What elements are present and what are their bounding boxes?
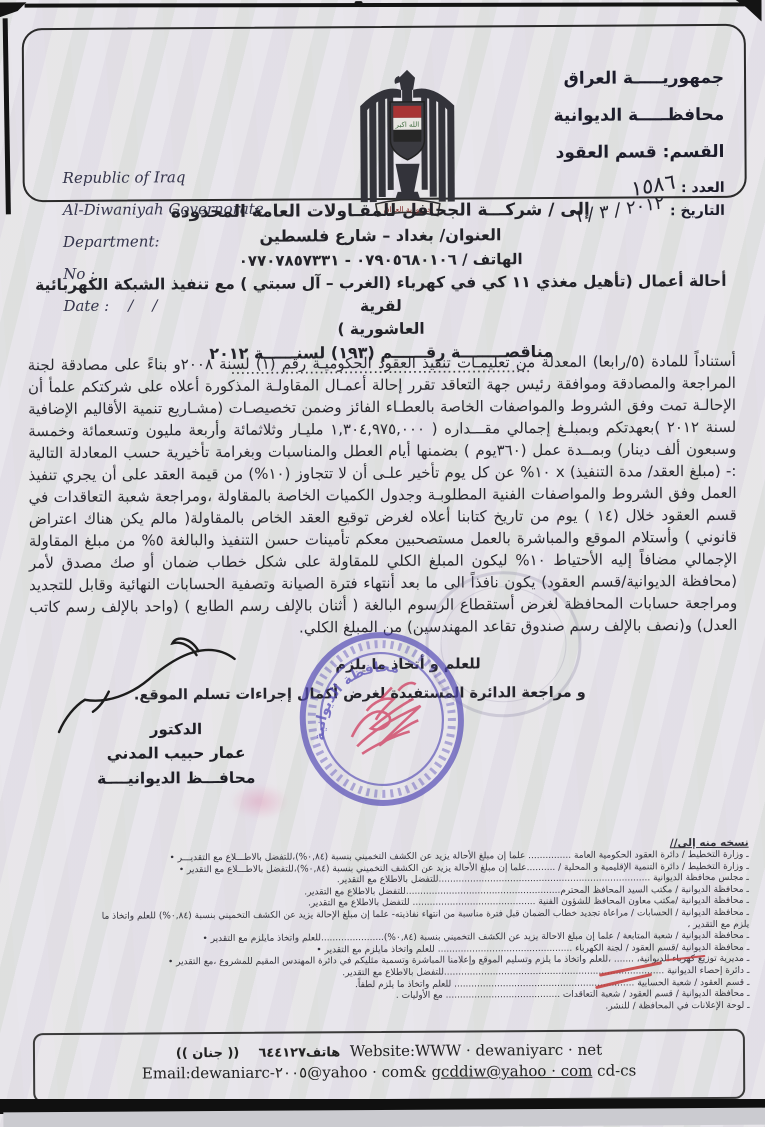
footer-name-note: (( جنان )): [176, 1046, 240, 1061]
scan-speck: [355, 1, 363, 5]
footer-email-suffix: cd-cs: [597, 1061, 636, 1079]
letter-number-label: العدد :: [681, 180, 725, 196]
footer-line-2: Email:dewaniarc-٢٠٠٥@yahoo · com& gcddiw…: [35, 1061, 743, 1083]
svg-text:الله اكبر: الله اكبر: [394, 121, 419, 129]
cc-items: ـ وزارة التخطيط / دائرة العقود الحكومية …: [87, 850, 750, 1016]
scan-edge-top: [25, 2, 745, 7]
scan-edge-left: [3, 18, 11, 214]
letter-body-paragraph: أستناداً للمادة (٥/رابعا) المعدلة من تعل…: [28, 350, 738, 640]
signer-title: الدكتور: [76, 717, 276, 742]
letterhead-box: Republic of IraqAl-Diwaniyah Governorate…: [22, 24, 747, 202]
red-signature-scribble: [346, 682, 426, 755]
footer-phone: هاتف٦٤٤١٢٧: [258, 1045, 340, 1060]
signer-block: الدكتور عمار حبيب المدني محافـــظ الديوا…: [76, 717, 276, 792]
letterhead-country: جمهوريـــــة العراق: [553, 60, 724, 98]
cc-list: نسخه منه إلى// ـ وزارة التخطيط / دائرة ا…: [87, 836, 750, 1030]
letterhead-department: القسم: قسم العقود: [554, 134, 725, 172]
letter-number-row: العدد : ١٥٨٦: [554, 173, 725, 198]
subject-line-1: أحالة أعمال (تأهيل مغذي ١١ كي في كهرباء …: [28, 270, 733, 320]
footer-line-1: هاتف٦٤٤١٢٧ (( جنان )) Website:WWW · dewa…: [35, 1040, 743, 1062]
footer-contact-box: هاتف٦٤٤١٢٧ (( جنان )) Website:WWW · dewa…: [33, 1029, 745, 1103]
scan-corner-top-left: [0, 2, 27, 18]
diwaniyah-governorate-round-stamp: محافظة الديوانية: [271, 603, 492, 836]
scanned-letter-sheet: Republic of IraqAl-Diwaniyah Governorate…: [0, 0, 765, 1127]
signer-name: عمار حبيب المدني: [76, 741, 276, 767]
letterhead-english-line: Republic of Iraq: [63, 161, 264, 194]
footer-website: Website:WWW · dewaniyarc · net: [350, 1041, 602, 1061]
footer-email-secondary: gcddiw@yahoo · com: [431, 1062, 592, 1081]
ink-smudge: [229, 784, 289, 820]
letterhead-governorate: محافظـــــة الديوانية: [553, 97, 724, 135]
footer-email: Email:dewaniarc-٢٠٠٥@yahoo · com&: [142, 1063, 427, 1083]
